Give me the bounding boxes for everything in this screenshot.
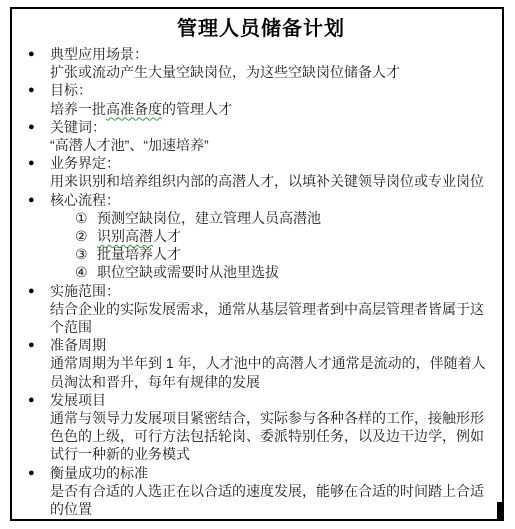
list-item: ● 关键词： “高潜人才池”、“加速培养” [28, 118, 494, 154]
list-item: ● 实施范围： 结合企业的实际发展需求，通常从基层管理者到中高层管理者皆属于这个… [28, 282, 494, 337]
step-number-icon: ② [75, 227, 97, 245]
item-heading: 发展项目 [50, 391, 490, 409]
item-content: 目标： 培养一批高准备度的管理人才 [50, 81, 490, 117]
document-page: 管理人员储备计划 ● 典型应用场景： 扩张或流动产生大量空缺岗位，为这些空缺岗位… [0, 0, 515, 529]
page-title: 管理人员储备计划 [28, 17, 494, 41]
bullet-icon: ● [28, 464, 50, 482]
step-text: 人才 [153, 227, 181, 245]
item-heading: 衡量成功的标准 [50, 464, 490, 482]
list-item: ● 发展项目 通常与领导力发展项目紧密结合，实际参与各种各样的工作，接触形形色色… [28, 391, 494, 464]
step-row: ③ 批量培养人才 [75, 245, 490, 263]
step-text: 职位空缺或需要时从池里选拔 [97, 263, 279, 281]
item-heading: 准备周期 [50, 336, 490, 354]
item-body: 通常周期为半年到 1 年，人才池中的高潜人才通常是流动的，伴随着人员淘汰和晋升，… [50, 354, 490, 390]
item-heading: 业务界定： [50, 154, 490, 172]
grammar-flagged-text: 高准备度 [106, 101, 162, 117]
item-body: 用来识别和培养组织内部的高潜人才，以填补关键领导岗位或专业岗位 [50, 172, 490, 190]
step-row: ④ 职位空缺或需要时从池里选拔 [75, 263, 490, 281]
list-item: ● 准备周期 通常周期为半年到 1 年，人才池中的高潜人才通常是流动的，伴随着人… [28, 336, 494, 391]
corner-shadow-mark [497, 502, 504, 521]
step-number-icon: ① [75, 209, 97, 227]
bullet-icon: ● [28, 45, 50, 63]
step-number-icon: ③ [75, 245, 97, 263]
step-row: ① 预测空缺岗位，建立管理人员高潜池 [75, 209, 490, 227]
list-item: ● 核心流程： ① 预测空缺岗位，建立管理人员高潜池 ② 识别高潜 人才 ③ 批… [28, 191, 494, 282]
body-text: 培养一批 [50, 101, 106, 117]
item-heading: 核心流程： [50, 191, 490, 209]
bullet-icon: ● [28, 391, 50, 409]
bullet-icon: ● [28, 336, 50, 354]
item-content: 发展项目 通常与领导力发展项目紧密结合，实际参与各种各样的工作，接触形形色色的上… [50, 391, 490, 464]
item-content: 核心流程： ① 预测空缺岗位，建立管理人员高潜池 ② 识别高潜 人才 ③ 批量培… [50, 191, 490, 282]
bullet-icon: ● [28, 118, 50, 136]
item-heading: 目标： [50, 81, 490, 99]
item-body: 扩张或流动产生大量空缺岗位，为这些空缺岗位储备人才 [50, 63, 490, 81]
bullet-icon: ● [28, 81, 50, 99]
item-body: 结合企业的实际发展需求，通常从基层管理者到中高层管理者皆属于这个范围 [50, 300, 490, 336]
item-heading: 典型应用场景： [50, 45, 490, 63]
item-content: 关键词： “高潜人才池”、“加速培养” [50, 118, 490, 154]
item-heading: 关键词： [50, 118, 490, 136]
item-content: 衡量成功的标准 是否有合适的人选正在以合适的速度发展，能够在合适的时间踏上合适的… [50, 464, 490, 519]
step-number-icon: ④ [75, 263, 97, 281]
item-body: 培养一批高准备度的管理人才 [50, 100, 490, 118]
step-text: 批量培养人才 [97, 245, 181, 263]
bullet-list: ● 典型应用场景： 扩张或流动产生大量空缺岗位，为这些空缺岗位储备人才 ● 目标… [28, 45, 494, 518]
item-content: 准备周期 通常周期为半年到 1 年，人才池中的高潜人才通常是流动的，伴随着人员淘… [50, 336, 490, 391]
item-content: 典型应用场景： 扩张或流动产生大量空缺岗位，为这些空缺岗位储备人才 [50, 45, 490, 81]
step-text: 预测空缺岗位，建立管理人员高潜池 [97, 209, 321, 227]
bullet-icon: ● [28, 191, 50, 209]
item-content: 业务界定： 用来识别和培养组织内部的高潜人才，以填补关键领导岗位或专业岗位 [50, 154, 490, 190]
item-heading: 实施范围： [50, 282, 490, 300]
bullet-icon: ● [28, 154, 50, 172]
bullet-icon: ● [28, 282, 50, 300]
list-item: ● 衡量成功的标准 是否有合适的人选正在以合适的速度发展，能够在合适的时间踏上合… [28, 464, 494, 519]
list-item: ● 业务界定： 用来识别和培养组织内部的高潜人才，以填补关键领导岗位或专业岗位 [28, 154, 494, 190]
item-body: 通常与领导力发展项目紧密结合，实际参与各种各样的工作，接触形形色色的上级，可行方… [50, 409, 490, 464]
plan-card: 管理人员储备计划 ● 典型应用场景： 扩张或流动产生大量空缺岗位，为这些空缺岗位… [10, 7, 504, 521]
list-item: ● 目标： 培养一批高准备度的管理人才 [28, 81, 494, 117]
item-body: 是否有合适的人选正在以合适的速度发展，能够在合适的时间踏上合适的位置 [50, 482, 490, 518]
body-text: 的管理人才 [162, 101, 232, 117]
item-body: “高潜人才池”、“加速培养” [50, 136, 490, 154]
step-row: ② 识别高潜 人才 [75, 227, 490, 245]
grammar-flagged-text: 识别高潜 [97, 227, 153, 245]
list-item: ● 典型应用场景： 扩张或流动产生大量空缺岗位，为这些空缺岗位储备人才 [28, 45, 494, 81]
item-content: 实施范围： 结合企业的实际发展需求，通常从基层管理者到中高层管理者皆属于这个范围 [50, 282, 490, 337]
